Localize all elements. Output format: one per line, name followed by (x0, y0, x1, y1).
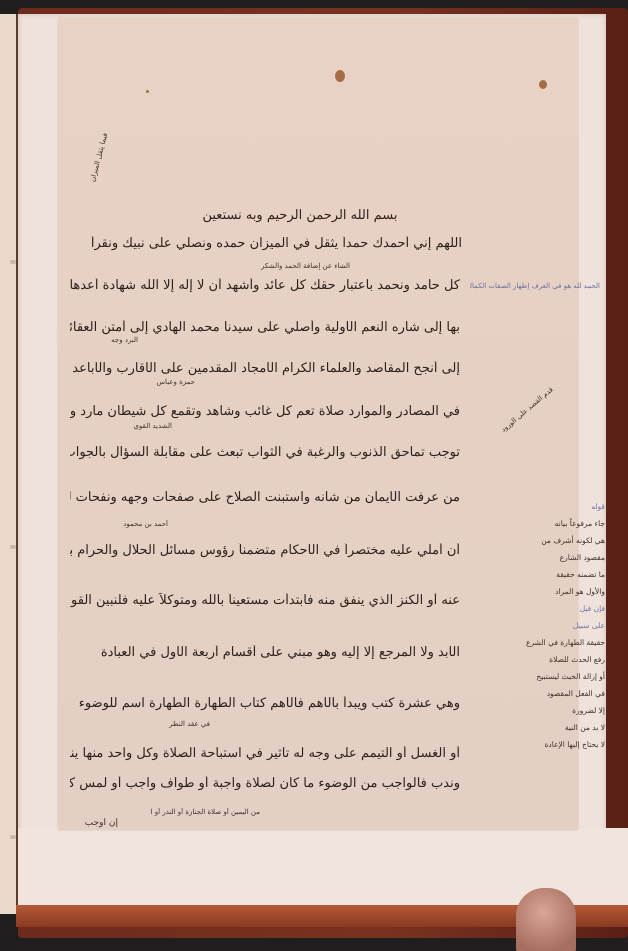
text-line-10: الأبد ولا المرجع إلا إليه وهو مبني على أ… (70, 645, 460, 660)
basmala-heading: بسم الله الرحمن الرحيم وبه نستعين (200, 208, 400, 223)
interlinear-gloss: الشاء عن إضافة الحمد والشكر (200, 262, 350, 270)
interlinear-gloss: في عقد النظر (120, 720, 210, 728)
margin-line: لا بد من النية (455, 719, 605, 736)
text-line-13: وندب فالواجب من الوضوء ما كان لصلاة واجب… (70, 776, 460, 791)
text-line-1: اللهم إني أحمدك حمداً يثقل في الميزان حم… (62, 236, 462, 251)
margin-line: والأول هو المراد (455, 583, 605, 600)
margin-line: إلا لضرورة (455, 702, 605, 719)
text-line-11: وهي عشرة كتب ويبدأ بالأهم فالأهم كتاب ال… (70, 696, 460, 711)
text-line-7: من عرفت الأيمان من شأنه واستبنت الصلاح ع… (70, 490, 460, 505)
text-line-9: عنه أو الكنز الذي ينفق منه فابتدأت مستعي… (70, 593, 460, 608)
text-line-8: أن أملي عليه مختصراً في الأحكام متضمناً … (70, 543, 460, 558)
binding-stitch (10, 545, 16, 549)
margin-line: رفع الحدث للصلاة (455, 651, 605, 668)
margin-commentary-block: قوله جاء مرفوعاً بيانه هي لكونه أشرف من … (455, 498, 605, 753)
text-line-6: توجب تماحق الذنوب والرغبة في الثواب تبعث… (70, 445, 460, 460)
facing-page-edge (0, 14, 18, 914)
margin-line: أو إزالة الخبث ليستبيح (455, 668, 605, 685)
interlinear-gloss: من اليمين أو صلاة الجنازة أو النذر أو ال… (150, 808, 260, 816)
margin-line: قوله (455, 498, 605, 515)
margin-line: ما تضمنه حقيقة (455, 566, 605, 583)
interlinear-gloss: أحمد بن محمود (88, 520, 168, 528)
holder-thumb (516, 888, 576, 951)
foxing-stain (146, 90, 149, 93)
text-line-5: في المصادر والموارد صلاة تعم كل غائب وشا… (70, 404, 460, 419)
margin-line: فإن قيل (455, 600, 605, 617)
margin-line: هي لكونه أشرف من (455, 532, 605, 549)
text-line-12: أو الغسل أو التيمم على وجه له تأثير في ا… (70, 746, 460, 761)
margin-line: جاء مرفوعاً بيانه (455, 515, 605, 532)
margin-line: في الفعل المقصود (455, 685, 605, 702)
interlinear-gloss: البرد وجه (88, 336, 138, 344)
margin-line: مقصود الشارع (455, 549, 605, 566)
interlinear-gloss: حمزة وعباس (135, 378, 195, 386)
bottom-left-note: إن أوجب (78, 818, 118, 828)
text-line-2: كل حامد ونحمد باعتبار حقك كل عائد وأشهد … (70, 278, 460, 293)
foxing-stain (335, 70, 345, 82)
margin-line: على سبيل (455, 617, 605, 634)
margin-line: لا يحتاج إليها الإعادة (455, 736, 605, 753)
binding-stitch (10, 835, 16, 839)
interlinear-gloss: الشديد القوي (112, 422, 172, 430)
text-line-3: بها إلى شاره النعم الأولية وأصلي على سيد… (70, 320, 460, 335)
binding-stitch (10, 260, 16, 264)
margin-note-right-upper: الحمد لله هو في العرف إظهار الصفات الكما… (470, 282, 600, 290)
margin-line: حقيقة الطهارة في الشرع (455, 634, 605, 651)
foxing-stain (539, 80, 547, 89)
text-line-4: إلى أنجح المقاصد والعلماء الكرام الأمجاد… (70, 361, 460, 376)
